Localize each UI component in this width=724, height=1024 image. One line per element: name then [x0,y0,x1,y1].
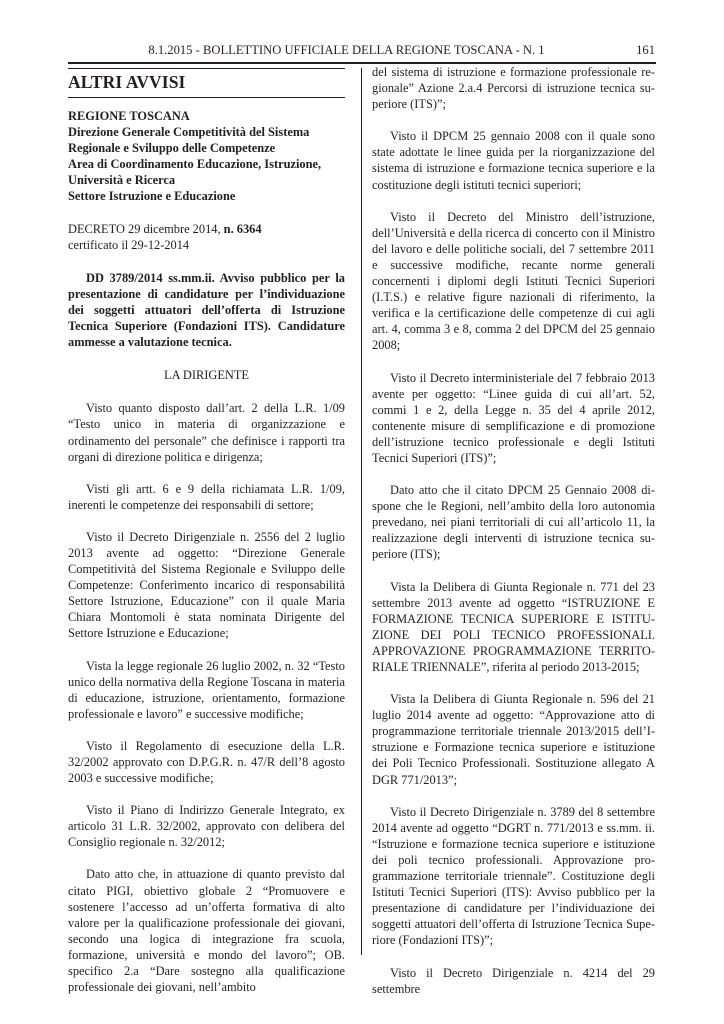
decree-number: n. 6364 [224,222,262,236]
issuer-line: Direzione Generale Competitività del Sis… [68,124,345,140]
decree-subject: DD 3789/2014 ss.mm.ii. Avviso pubblico p… [68,270,345,350]
section-title: ALTRI AVVISI [68,72,345,93]
paragraph: Vista la Delibera di Giunta Regionale n.… [372,691,655,788]
issuer-block: REGIONE TOSCANA Direzione Generale Compe… [68,108,345,205]
issuer-line: Università e Ricerca [68,172,345,188]
paragraph: Visto il Decreto Dirigenziale n. 2556 de… [68,529,345,642]
paragraph: Visto il Decreto del Ministro dell’istru… [372,209,655,354]
left-column: ALTRI AVVISI REGIONE TOSCANA Direzione G… [68,64,345,1011]
signatory-role: LA DIRIGENTE [68,367,345,383]
paragraph: Visto il Decreto Dirigenziale n. 4214 de… [372,965,655,997]
running-header: 8.1.2015 - BOLLETTINO UFFICIALE DELLA RE… [68,41,655,59]
section-heading-box: ALTRI AVVISI [68,68,345,98]
decree-certified: certificato il 29-12-2014 [68,237,345,253]
paragraph: Visti gli artt. 6 e 9 della richiamata L… [68,481,345,513]
bulletin-title: 8.1.2015 - BOLLETTINO UFFICIALE DELLA RE… [68,41,625,59]
issuer-line: Settore Istruzione e Educazione [68,188,345,204]
paragraph: Visto il Decreto Dirigenziale n. 3789 de… [372,804,655,949]
paragraph: Visto il DPCM 25 gennaio 2008 con il qua… [372,128,655,192]
decree-line: DECRETO 29 dicembre 2014, n. 6364 [68,221,345,237]
issuer-line: Regionale e Sviluppo delle Competenze [68,140,345,156]
issuer-line: REGIONE TOSCANA [68,108,345,124]
paragraph: Visto quanto disposto dall’art. 2 della … [68,400,345,464]
column-divider [361,68,362,955]
paragraph: Vista la Delibera di Giunta Regionale n.… [372,579,655,676]
paragraph: Visto il Regolamento di esecuzione della… [68,738,345,786]
paragraph: Dato atto che, in attuazione di quanto p… [68,866,345,995]
paragraph: Vista la legge regionale 26 luglio 2002,… [68,658,345,722]
paragraph-continued: del sistema di istruzione e formazione p… [372,64,655,112]
page-number: 161 [636,41,655,59]
paragraph: Visto il Piano di Indirizzo Generale Int… [68,802,345,850]
decree-block: DECRETO 29 dicembre 2014, n. 6364 certif… [68,221,345,253]
paragraph: Visto il Decreto interministeriale del 7… [372,370,655,467]
paragraph: Dato atto che il citato DPCM 25 Gennaio … [372,482,655,562]
right-column: del sistema di istruzione e formazione p… [372,64,655,1013]
issuer-line: Area di Coordinamento Educazione, Istruz… [68,156,345,172]
decree-date: DECRETO 29 dicembre 2014, [68,222,224,236]
